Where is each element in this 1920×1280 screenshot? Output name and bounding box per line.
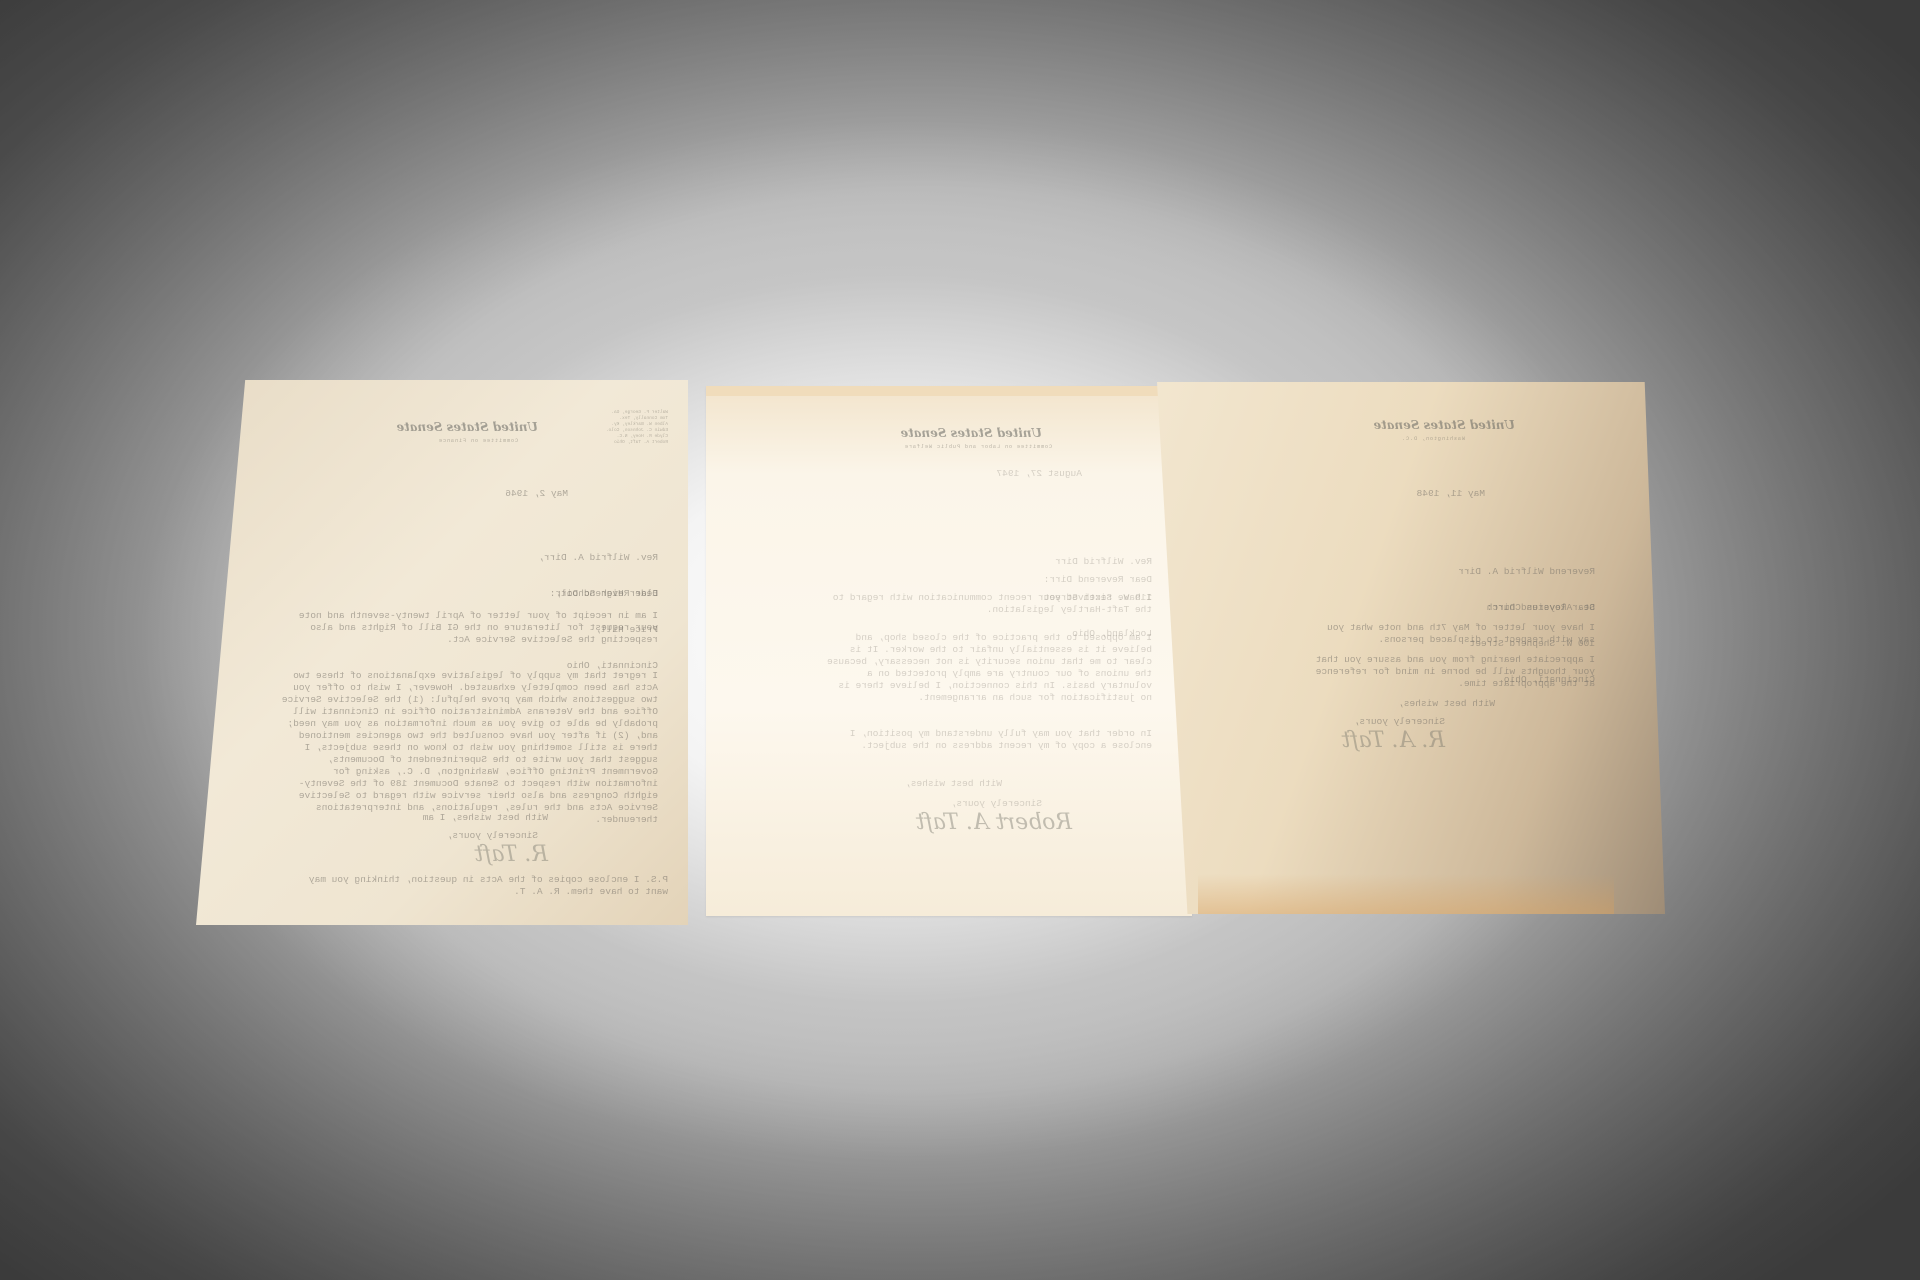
paragraph: I am opposed to the practice of the clos…: [822, 632, 1152, 704]
letter-1: United States Senate Committee on Financ…: [196, 380, 688, 925]
letter-2: United States Senate Committee on Labor …: [706, 386, 1192, 916]
paragraph: I appreciate hearing from you and assure…: [1305, 654, 1595, 690]
signature: R. Taft: [474, 842, 548, 867]
salutation: Dear Reverend Dirr:: [1044, 574, 1152, 586]
closing: Sincerely yours,: [1354, 716, 1445, 728]
recipient-line: Rev. Wilfrid Dirr: [972, 556, 1152, 568]
closing-line: With best wishes,: [1398, 698, 1495, 710]
letter-date: August 27, 1947: [996, 468, 1082, 480]
recipient-line: Reverend Wilfrid A. Dirr: [1395, 566, 1595, 578]
closing: Sincerely yours,: [447, 830, 538, 842]
letter-3: United States Senate Washington, D.C. Ma…: [1157, 382, 1665, 914]
letterhead-title: United States Senate: [1373, 418, 1515, 432]
paragraph: I am in receipt of your letter of April …: [298, 610, 658, 646]
signature: R. A. Taft: [1342, 728, 1446, 753]
paragraph: I regret that my supply of legislative e…: [278, 670, 658, 826]
letterhead-title: United States Senate: [900, 426, 1042, 440]
paragraph: In order that you may fully understand m…: [822, 728, 1152, 752]
letterhead-title: United States Senate: [396, 420, 538, 434]
salutation: Dear Reverend Dirr:: [1487, 602, 1595, 614]
recipient-line: Rev. Wilfrid A. Dirr,: [478, 552, 658, 564]
salutation: Dear Reverend Dirr:: [550, 588, 658, 600]
signature: Robert A. Taft: [916, 810, 1072, 835]
letterhead-subtitle: Washington, D.C.: [1401, 436, 1465, 442]
letter-date: May 11, 1948: [1417, 488, 1485, 500]
closing-line: With best wishes,: [905, 778, 1002, 790]
paragraph: I have received your recent communicatio…: [822, 592, 1152, 616]
committee-list: Walter F. George, Ga. Tom Connally, Tex.…: [606, 410, 668, 446]
letter-date: May 2, 1946: [505, 488, 568, 500]
letterhead-subtitle: Committee on Labor and Public Welfare: [904, 444, 1052, 450]
closing: Sincerely yours,: [951, 798, 1042, 810]
paragraph: I have your letter of May 7th and note w…: [1305, 622, 1595, 646]
closing-line: With best wishes, I am: [423, 812, 548, 824]
letterhead-subtitle: Committee on Finance: [438, 438, 518, 444]
postscript: P.S. I enclose copies of the Acts in que…: [308, 874, 668, 898]
